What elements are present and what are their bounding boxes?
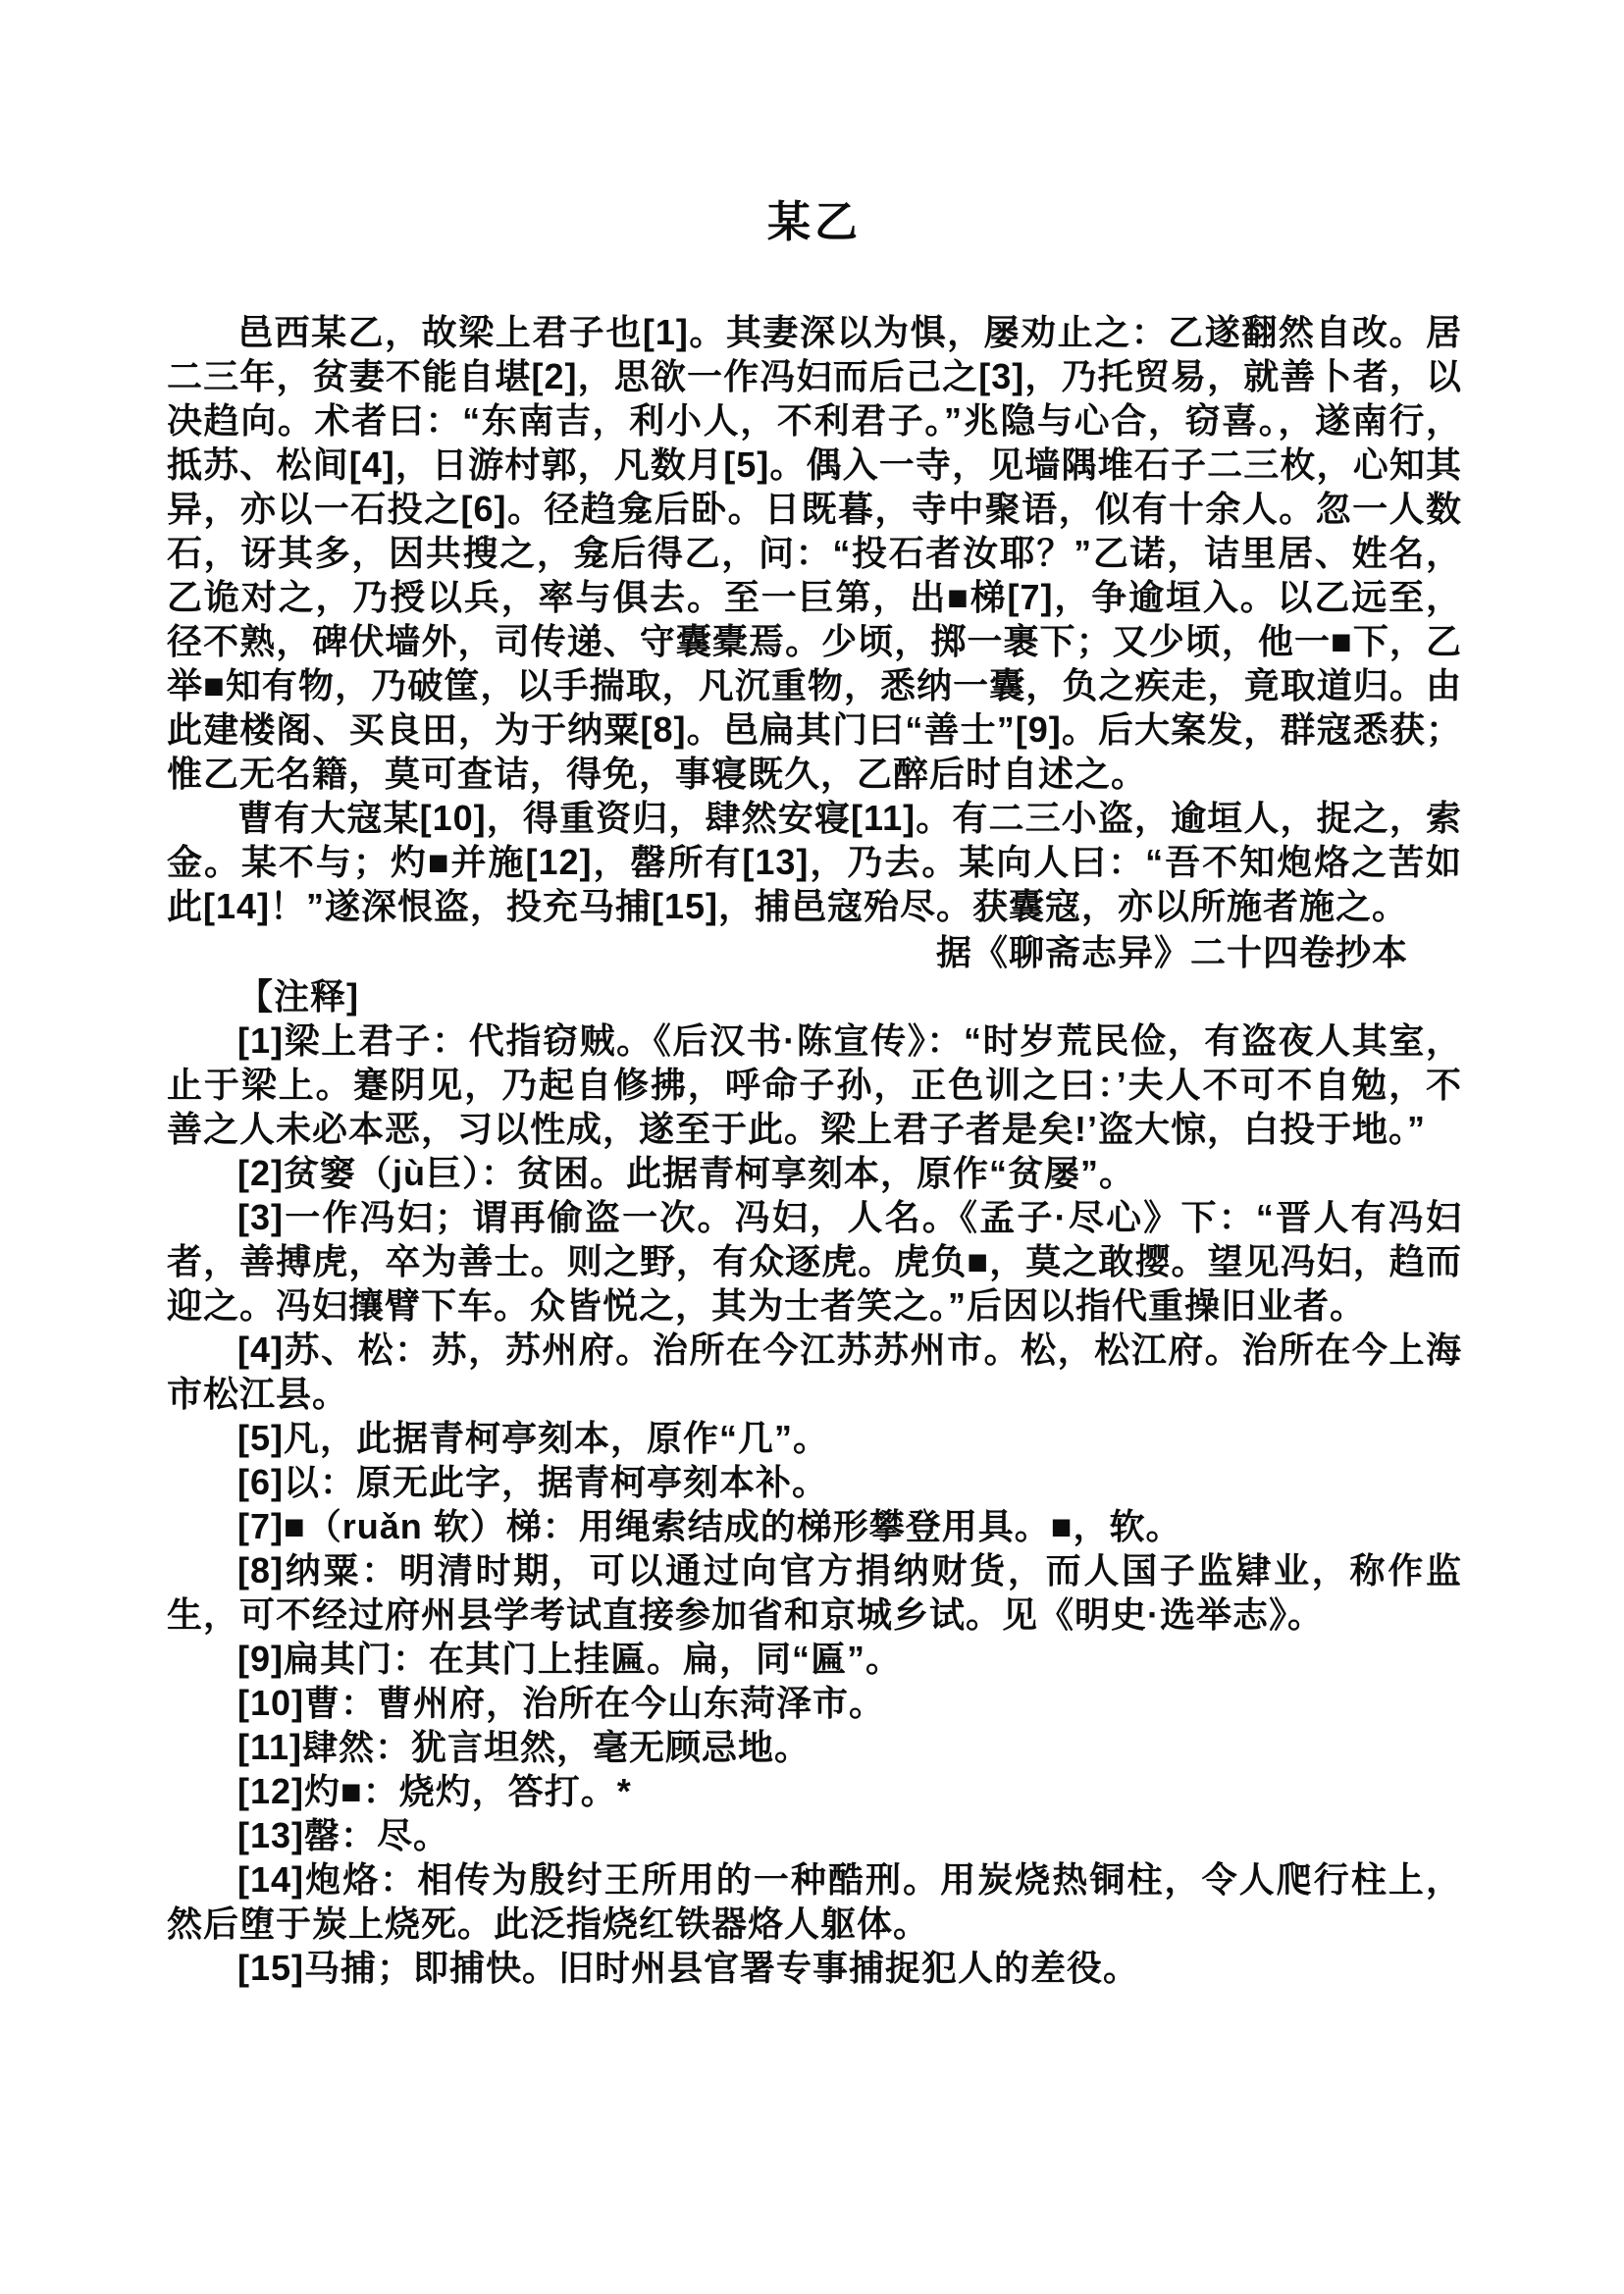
note-item: [3]一作冯妇；谓再偷盗一次。冯妇，人名。《孟子·尽心》下：“晋人有冯妇者，善搏…	[167, 1195, 1462, 1328]
notes-list: [1]梁上君子：代指窃贼。《后汉书·陈宣传》：“时岁荒民俭，有盗夜人其室，止于梁…	[167, 1018, 1462, 1990]
note-item: [12]灼■：烧灼，答打。*	[167, 1769, 1462, 1813]
story-paragraph: 邑西某乙，故梁上君子也[1]。其妻深以为惧，屡劝止之：乙遂翻然自改。居二三年，贫…	[167, 310, 1462, 796]
note-item: [11]肆然：犹言坦然，毫无顾忌地。	[167, 1725, 1462, 1769]
note-item: [8]纳粟：明清时期，可以通过向官方捐纳财货，而人国子监肄业，称作监生，可不经过…	[167, 1548, 1462, 1637]
note-item: [7]■（ruǎn 软）梯：用绳索结成的梯形攀登用具。■，软。	[167, 1504, 1462, 1548]
source-attribution: 据《聊斋志异》二十四卷抄本	[167, 930, 1408, 974]
note-item: [5]凡，此据青柯亭刻本，原作“几”。	[167, 1416, 1462, 1460]
note-item: [15]马捕；即捕快。旧时州县官署专事捕捉犯人的差役。	[167, 1946, 1462, 1990]
story-body: 邑西某乙，故梁上君子也[1]。其妻深以为惧，屡劝止之：乙遂翻然自改。居二三年，贫…	[167, 310, 1462, 928]
note-item: [13]罄：尽。	[167, 1813, 1462, 1857]
story-paragraph: 曹有大寇某[10]，得重资归，肆然安寝[11]。有二三小盗，逾垣人，捉之，索金。…	[167, 796, 1462, 928]
document-page: 某乙 邑西某乙，故梁上君子也[1]。其妻深以为惧，屡劝止之：乙遂翻然自改。居二三…	[0, 0, 1624, 2294]
note-item: [2]贫窭（jù巨）：贫困。此据青柯享刻本，原作“贫屡”。	[167, 1151, 1462, 1195]
note-item: [1]梁上君子：代指窃贼。《后汉书·陈宣传》：“时岁荒民俭，有盗夜人其室，止于梁…	[167, 1018, 1462, 1151]
note-item: [6]以：原无此字，据青柯亭刻本补。	[167, 1460, 1462, 1504]
note-item: [14]炮烙：相传为殷纣王所用的一种酷刑。用炭烧热铜柱，令人爬行柱上，然后堕于炭…	[167, 1857, 1462, 1946]
notes-section-header: 【注释]	[167, 974, 1462, 1018]
note-item: [4]苏、松：苏，苏州府。治所在今江苏苏州市。松，松江府。治所在今上海市松江县。	[167, 1328, 1462, 1416]
note-item: [10]曹：曹州府，治所在今山东菏泽市。	[167, 1681, 1462, 1725]
note-item: [9]扁其门：在其门上挂匾。扁，同“匾”。	[167, 1637, 1462, 1681]
page-title: 某乙	[167, 186, 1462, 249]
